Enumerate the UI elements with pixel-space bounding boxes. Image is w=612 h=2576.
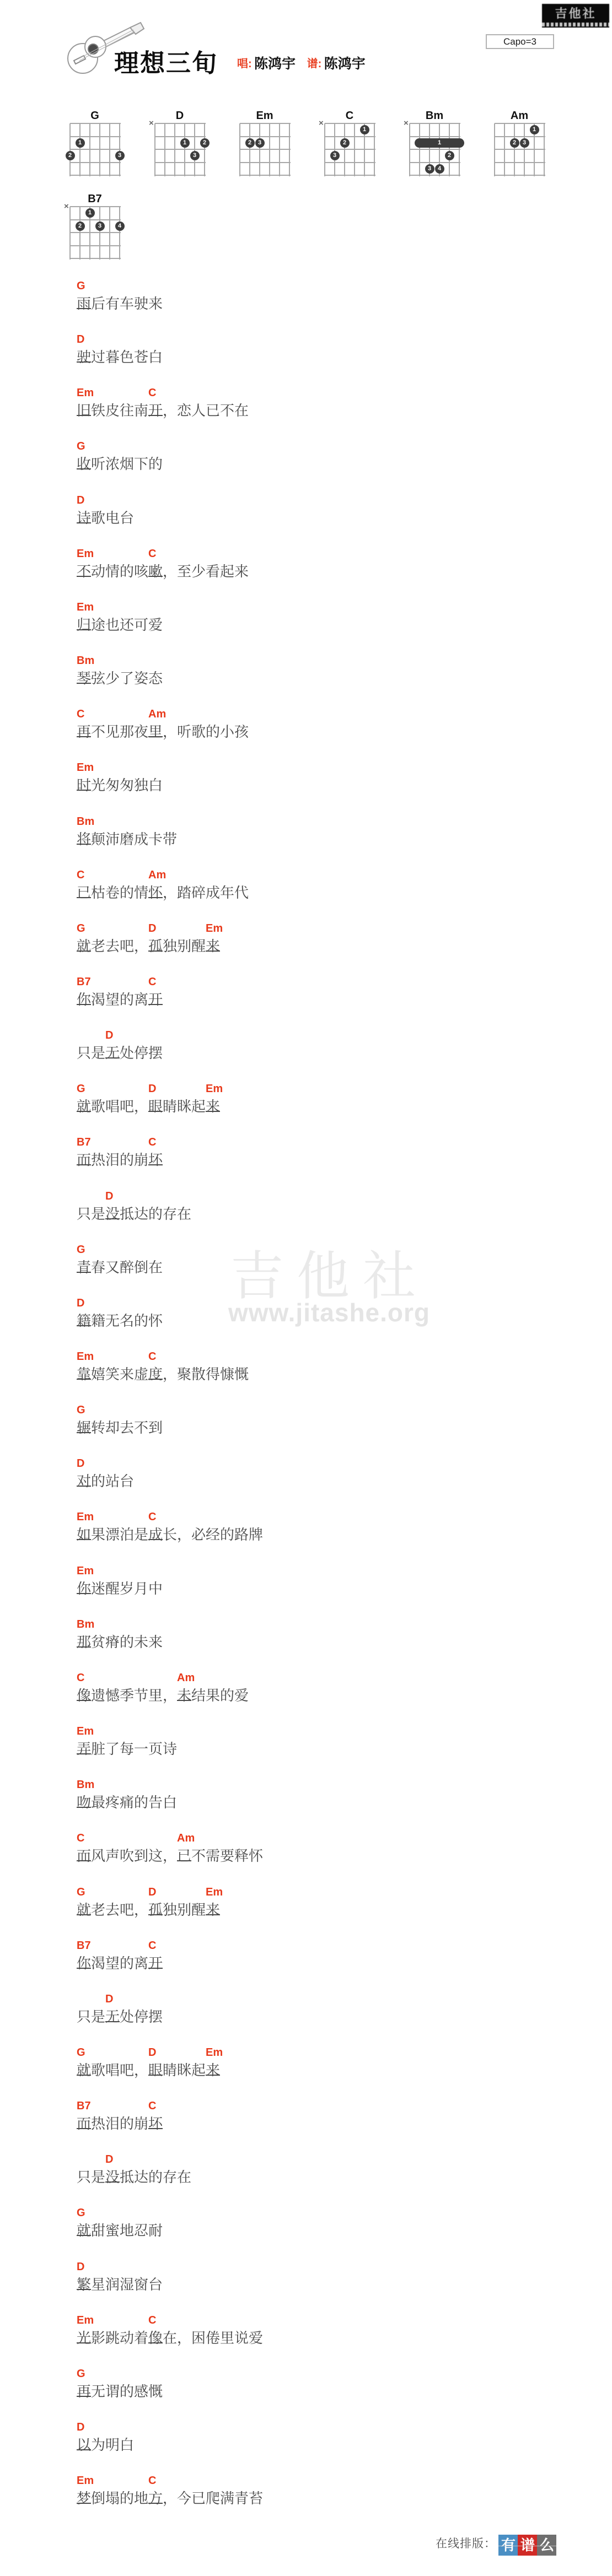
lyric-text: 而风声吹到这，已不需要释怀 <box>77 1845 263 1862</box>
chord-label-g: G <box>77 1404 85 1417</box>
lyric-char: 的 <box>148 2166 163 2181</box>
lyric-line-9: CAm再不见那夜里，听歌的小孩 <box>0 708 612 741</box>
lyric-text: 再无谓的感慨 <box>77 2380 163 2398</box>
lyric-line-31: GDEm就老去吧，孤独别醒来 <box>0 1886 612 1919</box>
lyric-char: 沛 <box>105 828 120 844</box>
string-line <box>79 207 80 260</box>
lyric-char: 跳 <box>105 2327 120 2342</box>
lyric-line-33: D只是无处停摆 <box>0 1993 612 2026</box>
lyric-char: 的 <box>134 1791 148 1807</box>
lyric-char: 吹 <box>120 1845 134 1860</box>
lyric-char: 岁 <box>120 1578 134 1593</box>
lyric-char: 着 <box>134 2327 148 2342</box>
lyric-char: 路 <box>234 1524 249 1539</box>
lyric-char: 在 <box>163 2327 177 2342</box>
chord-label-em: Em <box>77 387 94 399</box>
lyric-char: 光 <box>77 2327 91 2343</box>
lyric-line-19: G青春又醉倒在 <box>0 1244 612 1277</box>
fret-line <box>70 219 121 220</box>
string-line <box>89 123 90 176</box>
lyric-char: 必 <box>191 1524 206 1539</box>
lyric-char: 旧 <box>77 399 91 416</box>
lyric-line-10: Em时光匆匆独白 <box>0 762 612 795</box>
lyric-char: 了 <box>120 667 134 683</box>
lyric-char: 成 <box>134 828 148 844</box>
lyric-char: 一 <box>134 1738 148 1753</box>
lyric-char: 年 <box>220 882 234 897</box>
lyric-char: 眯 <box>177 1095 191 1111</box>
lyric-char: 润 <box>105 2273 120 2289</box>
chord-label-g: G <box>77 2046 85 2059</box>
chord-label-b7: B7 <box>77 1136 91 1149</box>
lyric-char: 瘠 <box>105 1631 120 1646</box>
lyric-char: 琴 <box>77 667 91 684</box>
lyric-char: 无 <box>105 1042 120 1059</box>
lyric-char: 情 <box>105 560 120 576</box>
finger-dot: 4 <box>115 222 125 231</box>
lyric-char: 是 <box>91 2166 105 2181</box>
lyric-char: 人 <box>191 399 206 415</box>
lyric-char: ， <box>163 399 177 415</box>
lyric-line-38: D繁星润湿窗台 <box>0 2261 612 2294</box>
lyric-line-15: D只是无处停摆 <box>0 1029 612 1062</box>
lyric-char: 未 <box>177 1684 191 1701</box>
lyric-char: 无 <box>105 1310 120 1325</box>
lyric-char: 而 <box>77 1845 91 1861</box>
chord-label-em: Em <box>77 2314 94 2327</box>
chord-label-d: D <box>77 494 84 507</box>
lyric-line-36: D只是没抵达的存在 <box>0 2153 612 2186</box>
lyric-line-30: CAm而风声吹到这，已不需要释怀 <box>0 1832 612 1865</box>
lyric-char: 开 <box>148 989 163 1005</box>
lyric-char: 就 <box>77 1899 91 1915</box>
lyric-text: 雨后有车驶来 <box>77 293 163 310</box>
capo-box: Capo=3 <box>486 34 554 49</box>
lyric-char: 歌 <box>91 2059 105 2075</box>
lyric-text: 时光匆匆独白 <box>77 774 163 792</box>
lyric-char: 醒 <box>191 935 206 951</box>
chord-label-g: G <box>77 1886 85 1899</box>
lyric-char: 摆 <box>148 1042 163 1057</box>
fret-line <box>495 175 545 176</box>
lyric-text: 不动情的咳嗽，至少看起来 <box>77 560 249 578</box>
fret-line <box>155 175 206 176</box>
chord-label-d: D <box>105 1993 113 2006</box>
lyric-char: 只 <box>77 2166 91 2181</box>
lyric-char: 在 <box>177 2166 191 2181</box>
lyric-text: 收听浓烟下的 <box>77 453 163 471</box>
finger-dot: 3 <box>95 222 105 231</box>
lyric-char: ， <box>163 1684 177 1700</box>
lyric-char: 看 <box>206 560 220 576</box>
lyric-char: 地 <box>134 2487 148 2503</box>
lyric-char: 态 <box>148 667 163 683</box>
lyric-char: 对 <box>77 1470 91 1487</box>
fret-line <box>155 162 206 163</box>
lyric-char: 磨 <box>120 828 134 844</box>
lyric-char: 无 <box>91 2380 105 2396</box>
lyric-char: 只 <box>77 1203 91 1218</box>
lyric-char: 光 <box>91 774 105 790</box>
string-line <box>119 123 120 176</box>
lyric-char: 成 <box>148 1524 163 1540</box>
fretboard-grid: ×123 <box>155 123 205 175</box>
lyric-char: 起 <box>191 2059 206 2075</box>
chord-diagram-name: C <box>325 110 374 122</box>
lyric-char: 碎 <box>191 882 206 897</box>
chord-label-em: Em <box>206 1886 223 1899</box>
lyric-char: 吧 <box>120 1899 134 1914</box>
lyric-char: 眯 <box>177 2059 191 2075</box>
finger-dot: 3 <box>190 151 200 160</box>
finger-dot: 3 <box>330 151 340 160</box>
lyric-text: 再不见那夜里，听歌的小孩 <box>77 721 249 738</box>
lyric-char: 渴 <box>91 989 105 1004</box>
lyric-line-18: D只是没抵达的存在 <box>0 1190 612 1223</box>
fret-line <box>240 123 291 124</box>
lyric-char: 星 <box>91 2273 105 2289</box>
chord-label-c: C <box>148 1351 156 1363</box>
lyric-text: 已枯卷的情怀，踏碎成年代 <box>77 882 249 899</box>
string-line <box>544 123 545 176</box>
lyric-char: 听 <box>177 721 191 736</box>
chord-label-g: G <box>77 280 85 293</box>
lyric-line-32: B7C你渴望的离开 <box>0 1940 612 1973</box>
finger-dot: 3 <box>520 138 529 148</box>
finger-dot: 2 <box>76 222 85 231</box>
lyric-char: 靠 <box>77 1363 91 1380</box>
lyric-char: 驶 <box>77 346 91 363</box>
muted-string-marker: × <box>404 118 409 128</box>
finger-dot: 3 <box>115 151 125 160</box>
lyric-char: ， <box>134 1095 148 1111</box>
lyric-char: 醉 <box>120 1256 134 1272</box>
lyric-line-41: D以为明白 <box>0 2421 612 2454</box>
chord-label-b7: B7 <box>77 976 91 989</box>
lyric-char: 咳 <box>134 560 148 576</box>
string-line <box>269 123 270 176</box>
chord-label-d: D <box>77 1457 84 1470</box>
lyric-char: 少 <box>191 560 206 576</box>
chord-label-am: Am <box>148 708 166 721</box>
fret-line <box>70 258 121 259</box>
lyric-char: 就 <box>77 2059 91 2076</box>
chord-label-c: C <box>148 2475 156 2487</box>
lyric-char: 台 <box>120 507 134 522</box>
lyric-char: 雨 <box>77 293 91 309</box>
lyric-char: 不 <box>134 1417 148 1432</box>
chord-label-em: Em <box>77 2475 94 2487</box>
singer-name: 陈鸿宇 <box>254 56 296 72</box>
lyric-char: ， <box>163 721 177 736</box>
lyric-char: 离 <box>134 1952 148 1968</box>
lyric-char: 倦 <box>206 2327 220 2342</box>
lyric-line-12: CAm已枯卷的情怀，踏碎成年代 <box>0 869 612 902</box>
lyric-char: 独 <box>163 1899 177 1914</box>
barre-finger: 1 <box>415 138 464 148</box>
lyric-char: 就 <box>77 1095 91 1112</box>
footer-label: 在线排版： <box>436 2537 496 2550</box>
lyric-line-20: D籍籍无名的怀 <box>0 1297 612 1330</box>
lyric-char: 小 <box>220 721 234 736</box>
lyric-char: 果 <box>206 1684 220 1700</box>
lyric-char: 匆 <box>120 774 134 790</box>
lyric-char: 枯 <box>91 882 105 897</box>
lyric-text: 如果漂泊是成长，必经的路牌 <box>77 1524 263 1541</box>
lyric-char: 望 <box>105 989 120 1004</box>
string-line <box>239 123 240 176</box>
lyric-char: 到 <box>134 1845 148 1860</box>
lyric-char: 的 <box>120 560 134 576</box>
lyric-line-17: B7C而热泪的崩坏 <box>0 1136 612 1169</box>
lyric-char: 湿 <box>120 2273 134 2289</box>
lyric-char: 台 <box>148 2273 163 2289</box>
chord-label-am: Am <box>177 1832 195 1845</box>
lyric-char: 青 <box>234 2487 249 2503</box>
lyric-char: 未 <box>134 1631 148 1646</box>
finger-dot: 2 <box>66 151 75 160</box>
lyric-char: 不 <box>77 560 91 577</box>
lyric-char: 时 <box>77 774 91 791</box>
lyric-char: 慨 <box>234 1363 249 1379</box>
lyric-char: 来 <box>120 1363 134 1379</box>
lyric-char: 疼 <box>105 1791 120 1807</box>
chord-label-em: Em <box>206 922 223 935</box>
fret-line <box>495 162 545 163</box>
lyric-text: 你迷醒岁月中 <box>77 1578 163 1595</box>
lyric-char: 渴 <box>91 1952 105 1968</box>
lyric-char: 也 <box>105 614 120 629</box>
fret-line <box>410 175 460 176</box>
lyric-char: 季 <box>120 1684 134 1700</box>
lyric-char: ， <box>163 1363 177 1379</box>
string-line <box>99 123 100 176</box>
lyric-char: 你 <box>77 1578 91 1594</box>
lyric-text: 你渴望的离开 <box>77 1952 163 1970</box>
lyric-char: 独 <box>163 935 177 951</box>
lyric-char: 感 <box>134 2380 148 2396</box>
lyric-char: 只 <box>77 1042 91 1057</box>
lyric-char: 贫 <box>91 1631 105 1646</box>
lyric-char: 你 <box>77 1952 91 1969</box>
lyric-char: 窗 <box>134 2273 148 2289</box>
lyric-char: 颠 <box>91 828 105 844</box>
lyric-text: 只是没抵达的存在 <box>77 2166 191 2184</box>
finger-dot: 1 <box>85 208 95 218</box>
credits: 唱: 陈鸿宇 谱: 陈鸿宇 <box>237 53 374 73</box>
lyric-char: 泪 <box>105 1149 120 1164</box>
lyric-char: 来 <box>206 2059 220 2076</box>
lyric-char: 慷 <box>220 1363 234 1379</box>
lyric-char: 谓 <box>105 2380 120 2396</box>
chord-label-c: C <box>77 1832 84 1845</box>
chord-label-c: C <box>148 387 156 399</box>
lyric-char: 的 <box>220 1684 234 1700</box>
fret-line <box>240 175 291 176</box>
lyric-char: 的 <box>134 1310 148 1325</box>
lyric-char: 成 <box>206 882 220 897</box>
lyric-char: 抵 <box>120 2166 134 2181</box>
lyric-char: 爬 <box>206 2487 220 2503</box>
lyric-char: 却 <box>105 1417 120 1432</box>
lyric-char: 的 <box>220 1524 234 1539</box>
finger-dot: 4 <box>435 164 444 174</box>
lyric-char: 嬉 <box>91 1363 105 1379</box>
lyric-char: 为 <box>91 2434 105 2449</box>
lyric-char: 繁 <box>77 2273 91 2290</box>
lyric-char: 白 <box>120 2434 134 2449</box>
lyric-char: 里 <box>220 2327 234 2342</box>
jitashe-logo: 吉他社 <box>542 4 609 28</box>
lyric-char: 电 <box>105 507 120 522</box>
lyric-char: 页 <box>148 1738 163 1753</box>
chord-diagram-name: G <box>70 110 120 122</box>
lyric-char: 来 <box>148 1631 163 1646</box>
lyric-char: 去 <box>105 1899 120 1914</box>
string-line <box>194 123 195 176</box>
lyric-char: 老 <box>91 935 105 951</box>
lyric-char: 白 <box>148 346 163 361</box>
lyric-char: 睛 <box>163 2059 177 2075</box>
lyric-char: 浓 <box>105 453 120 468</box>
lyric-char: 歌 <box>91 507 105 522</box>
lyric-line-40: G再无谓的感慨 <box>0 2368 612 2401</box>
finger-dot: 2 <box>200 138 210 148</box>
chord-label-d: D <box>148 1886 156 1899</box>
lyric-char: 处 <box>120 1042 134 1057</box>
lyric-char: 是 <box>91 1203 105 1218</box>
chord-label-d: D <box>148 2046 156 2059</box>
lyric-char: 的 <box>120 2113 134 2128</box>
lyric-char: 长 <box>163 1524 177 1539</box>
lyric-char: ， <box>134 1899 148 1914</box>
fretboard-grid: 123 <box>495 123 544 175</box>
lyric-char: 去 <box>120 1417 134 1432</box>
lyric-line-35: B7C而热泪的崩坏 <box>0 2100 612 2133</box>
lyric-char: 的 <box>120 989 134 1004</box>
lyric-char: 籍 <box>91 1310 105 1325</box>
lyric-char: 蜜 <box>105 2219 120 2235</box>
lyric-text: 而热泪的崩坏 <box>77 2113 163 2130</box>
lyric-char: 动 <box>120 2327 134 2342</box>
lyric-char: 要 <box>220 1845 234 1860</box>
lyric-char: 怀 <box>148 1310 163 1325</box>
lyric-char: 吧 <box>120 2059 134 2075</box>
lyric-text: 梦倒塌的地方，今已爬满青苔 <box>77 2487 263 2505</box>
lyric-char: 来 <box>148 293 163 308</box>
chord-label-em: Em <box>206 1083 223 1095</box>
lyric-char: 慨 <box>148 2380 163 2396</box>
lyric-char: 没 <box>105 1203 120 1219</box>
lyric-line-13: GDEm就老去吧，孤独别醒来 <box>0 922 612 955</box>
lyric-char: 开 <box>148 1952 163 1969</box>
lyric-char: 是 <box>134 1524 148 1539</box>
string-line <box>449 123 450 176</box>
lyric-char: 卷 <box>105 882 120 897</box>
string-line <box>164 123 165 176</box>
lyric-char: 痛 <box>120 1791 134 1807</box>
lyric-char: 吧 <box>120 935 134 951</box>
lyric-char: 而 <box>77 2113 91 2129</box>
lyric-char: 到 <box>148 1417 163 1432</box>
finger-dot: 1 <box>360 125 369 134</box>
string-line <box>109 207 110 260</box>
string-line <box>289 123 290 176</box>
lyric-char: 老 <box>91 1899 105 1914</box>
lyric-char: 爱 <box>249 2327 263 2342</box>
lyric-line-26: Bm那贫瘠的未来 <box>0 1618 612 1651</box>
singer-label: 唱: <box>237 58 252 70</box>
lyric-line-27: CAm像遗憾季节里，未结果的爱 <box>0 1672 612 1705</box>
fretboard-grid: ×123 <box>325 123 374 175</box>
lyric-char: 有 <box>105 293 120 308</box>
lyric-char: 如 <box>77 1524 91 1540</box>
chord-label-c: C <box>148 2314 156 2327</box>
lyric-char: 憾 <box>105 1684 120 1700</box>
lyric-char: 站 <box>105 1470 120 1486</box>
fret-line <box>155 123 206 124</box>
lyric-char: 夜 <box>134 721 148 736</box>
lyric-char: ， <box>177 1524 191 1539</box>
lyric-char: 明 <box>105 2434 120 2449</box>
lyric-text: 只是没抵达的存在 <box>77 1203 191 1221</box>
lyric-text: 只是无处停摆 <box>77 2006 163 2023</box>
lyric-char: 的 <box>148 1203 163 1218</box>
chord-label-b7: B7 <box>77 2100 91 2113</box>
lyric-char: 只 <box>77 2006 91 2021</box>
lyric-char: 影 <box>91 2327 105 2342</box>
lyric-char: 满 <box>220 2487 234 2503</box>
lyric-char: 铁 <box>91 399 105 415</box>
lyric-char: 来 <box>206 1899 220 1915</box>
chord-sheet-page: 理想三旬 唱: 陈鸿宇 谱: 陈鸿宇 吉他社 Capo=3 G123D×123E… <box>0 0 612 2576</box>
lyric-text: 只是无处停摆 <box>77 1042 163 1060</box>
lyric-char: 歌 <box>191 721 206 736</box>
lyric-char: 方 <box>148 2487 163 2504</box>
lyric-char: 收 <box>77 453 91 469</box>
string-line <box>334 123 335 176</box>
lyric-char: 是 <box>91 2006 105 2021</box>
lyric-char: ， <box>134 2059 148 2075</box>
lyric-char: 停 <box>134 1042 148 1057</box>
lyric-char: 后 <box>91 293 105 308</box>
lyric-char: 笑 <box>105 1363 120 1379</box>
fret-line <box>70 206 121 207</box>
lyric-char: 过 <box>91 346 105 361</box>
lyric-char: 的 <box>120 2487 134 2503</box>
lyric-char: 青 <box>77 1256 91 1273</box>
lyric-char: 歌 <box>91 1095 105 1111</box>
lyric-char: 车 <box>120 293 134 308</box>
lyric-char: 那 <box>120 721 134 736</box>
lyric-char: ， <box>163 882 177 897</box>
fret-line <box>70 136 121 137</box>
lyric-char: 困 <box>191 2327 206 2342</box>
lyric-char: 今 <box>177 2487 191 2503</box>
lyric-char: 里 <box>148 721 163 737</box>
fret-line <box>410 136 460 137</box>
finger-dot: 1 <box>76 138 85 148</box>
lyric-char: 至 <box>177 560 191 576</box>
chord-diagram-name: Em <box>240 110 289 122</box>
fret-line <box>410 123 460 124</box>
string-line <box>174 123 175 176</box>
lyric-char: ， <box>163 560 177 576</box>
lyric-char: 已 <box>177 1845 191 1861</box>
lyric-char: 怀 <box>249 1845 263 1860</box>
lyric-char: 下 <box>134 453 148 468</box>
lyric-char: 像 <box>148 2327 163 2343</box>
